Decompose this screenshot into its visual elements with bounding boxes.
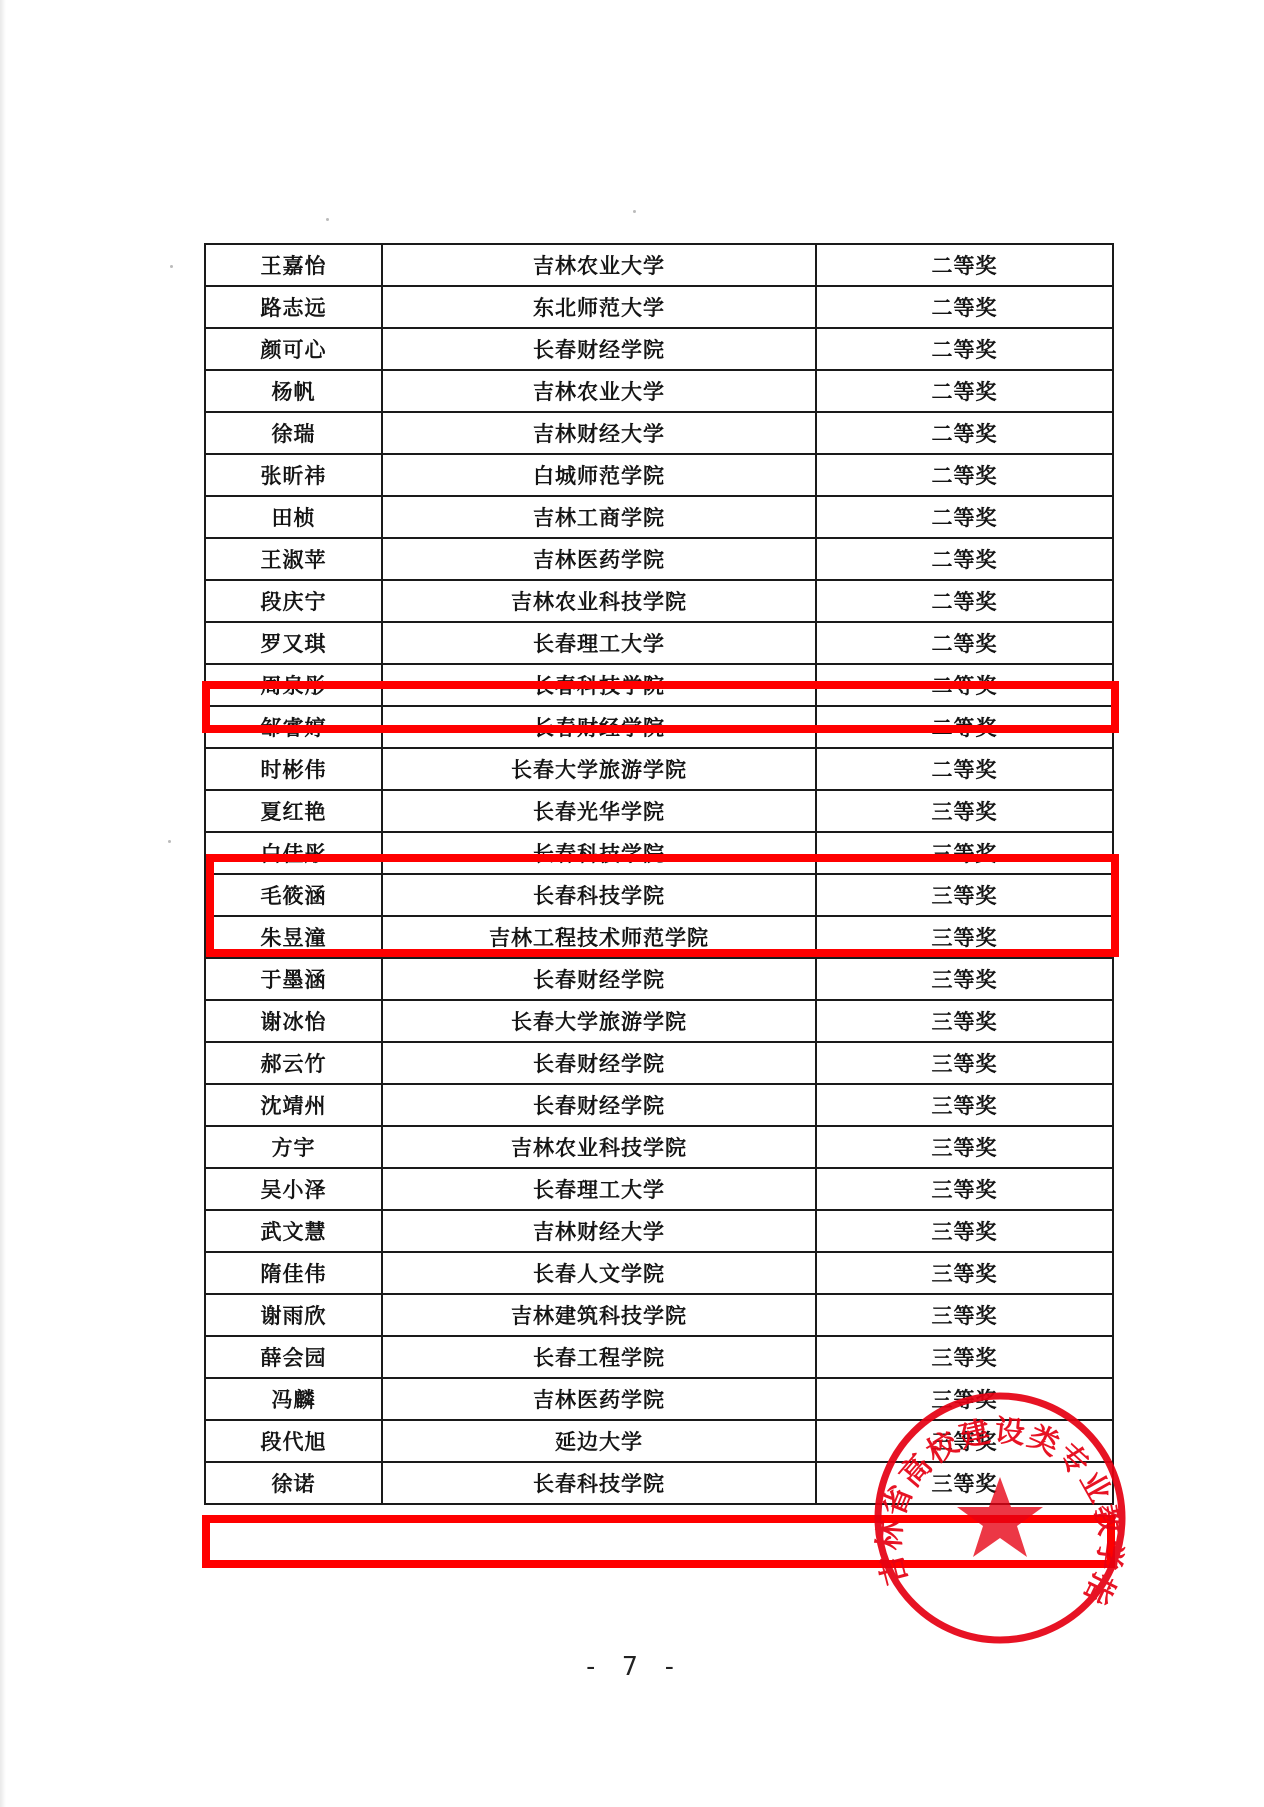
cell-name: 郝云竹 (205, 1042, 382, 1084)
cell-school: 长春光华学院 (382, 790, 816, 832)
cell-school: 长春财经学院 (382, 706, 816, 748)
cell-school: 吉林农业科技学院 (382, 580, 816, 622)
cell-award: 二等奖 (816, 454, 1113, 496)
cell-name: 毛筱涵 (205, 874, 382, 916)
cell-name: 隋佳伟 (205, 1252, 382, 1294)
cell-award: 二等奖 (816, 328, 1113, 370)
cell-school: 吉林农业大学 (382, 244, 816, 286)
cell-award: 三等奖 (816, 958, 1113, 1000)
cell-school: 长春大学旅游学院 (382, 1000, 816, 1042)
cell-name: 罗又琪 (205, 622, 382, 664)
highlight-box-xunuo (202, 1515, 1115, 1568)
cell-school: 吉林医药学院 (382, 1378, 816, 1420)
table-row: 时彬伟长春大学旅游学院二等奖 (205, 748, 1113, 790)
cell-name: 田桢 (205, 496, 382, 538)
cell-award: 三等奖 (816, 1126, 1113, 1168)
cell-name: 冯麟 (205, 1378, 382, 1420)
cell-name: 徐诺 (205, 1462, 382, 1504)
table-row: 于墨涵长春财经学院三等奖 (205, 958, 1113, 1000)
cell-school: 吉林建筑科技学院 (382, 1294, 816, 1336)
cell-name: 吴小泽 (205, 1168, 382, 1210)
cell-name: 杨帆 (205, 370, 382, 412)
page-edge-shadow (0, 0, 6, 1807)
cell-school: 长春大学旅游学院 (382, 748, 816, 790)
cell-name: 王淑苹 (205, 538, 382, 580)
cell-school: 长春财经学院 (382, 328, 816, 370)
cell-award: 三等奖 (816, 1042, 1113, 1084)
cell-school: 长春财经学院 (382, 1084, 816, 1126)
cell-name: 王嘉怡 (205, 244, 382, 286)
cell-school: 延边大学 (382, 1420, 816, 1462)
cell-name: 朱昱潼 (205, 916, 382, 958)
table-row: 段庆宁吉林农业科技学院二等奖 (205, 580, 1113, 622)
table-row: 罗又琪长春理工大学二等奖 (205, 622, 1113, 664)
award-list-body: 王嘉怡吉林农业大学二等奖路志远东北师范大学二等奖颜可心长春财经学院二等奖杨帆吉林… (205, 244, 1113, 1504)
cell-name: 徐瑞 (205, 412, 382, 454)
table-row: 徐瑞吉林财经大学二等奖 (205, 412, 1113, 454)
table-row: 谢雨欣吉林建筑科技学院三等奖 (205, 1294, 1113, 1336)
cell-award: 三等奖 (816, 1168, 1113, 1210)
scan-speck (168, 840, 171, 843)
cell-name: 段庆宁 (205, 580, 382, 622)
cell-name: 谢雨欣 (205, 1294, 382, 1336)
cell-award: 三等奖 (816, 1210, 1113, 1252)
page-number: - 7 - (0, 1652, 1264, 1682)
table-row: 王淑苹吉林医药学院二等奖 (205, 538, 1113, 580)
table-row: 武文慧吉林财经大学三等奖 (205, 1210, 1113, 1252)
cell-award: 三等奖 (816, 832, 1113, 874)
cell-school: 长春科技学院 (382, 664, 816, 706)
table-row: 沈靖州长春财经学院三等奖 (205, 1084, 1113, 1126)
cell-name: 方宇 (205, 1126, 382, 1168)
cell-school: 长春工程学院 (382, 1336, 816, 1378)
cell-school: 长春科技学院 (382, 1462, 816, 1504)
cell-award: 三等奖 (816, 1294, 1113, 1336)
table-row: 吴小泽长春理工大学三等奖 (205, 1168, 1113, 1210)
cell-award: 二等奖 (816, 664, 1113, 706)
cell-school: 长春财经学院 (382, 958, 816, 1000)
cell-name: 路志远 (205, 286, 382, 328)
cell-school: 长春理工大学 (382, 622, 816, 664)
table-row: 张昕祎白城师范学院二等奖 (205, 454, 1113, 496)
cell-award: 三等奖 (816, 1000, 1113, 1042)
table-row: 夏红艳长春光华学院三等奖 (205, 790, 1113, 832)
cell-school: 长春人文学院 (382, 1252, 816, 1294)
cell-award: 三等奖 (816, 916, 1113, 958)
table-row: 段代旭延边大学三等奖 (205, 1420, 1113, 1462)
table-row: 徐诺长春科技学院三等奖 (205, 1462, 1113, 1504)
table-row: 毛筱涵长春科技学院三等奖 (205, 874, 1113, 916)
cell-name: 白佳彤 (205, 832, 382, 874)
scan-speck (633, 210, 636, 213)
cell-school: 吉林医药学院 (382, 538, 816, 580)
cell-name: 沈靖州 (205, 1084, 382, 1126)
table-row: 朱昱潼吉林工程技术师范学院三等奖 (205, 916, 1113, 958)
cell-school: 吉林农业大学 (382, 370, 816, 412)
cell-name: 颜可心 (205, 328, 382, 370)
cell-school: 白城师范学院 (382, 454, 816, 496)
cell-award: 二等奖 (816, 370, 1113, 412)
cell-school: 吉林财经大学 (382, 412, 816, 454)
cell-school: 吉林农业科技学院 (382, 1126, 816, 1168)
cell-award: 二等奖 (816, 622, 1113, 664)
cell-award: 二等奖 (816, 286, 1113, 328)
cell-award: 三等奖 (816, 874, 1113, 916)
cell-award: 三等奖 (816, 1462, 1113, 1504)
table-row: 隋佳伟长春人文学院三等奖 (205, 1252, 1113, 1294)
table-row: 谢冰怡长春大学旅游学院三等奖 (205, 1000, 1113, 1042)
table-row: 方宇吉林农业科技学院三等奖 (205, 1126, 1113, 1168)
cell-name: 段代旭 (205, 1420, 382, 1462)
table-row: 王嘉怡吉林农业大学二等奖 (205, 244, 1113, 286)
cell-school: 长春理工大学 (382, 1168, 816, 1210)
cell-award: 二等奖 (816, 244, 1113, 286)
cell-award: 三等奖 (816, 1252, 1113, 1294)
cell-award: 二等奖 (816, 748, 1113, 790)
table-row: 郝云竹长春财经学院三等奖 (205, 1042, 1113, 1084)
cell-school: 吉林财经大学 (382, 1210, 816, 1252)
cell-name: 薛会园 (205, 1336, 382, 1378)
cell-name: 于墨涵 (205, 958, 382, 1000)
cell-award: 三等奖 (816, 1336, 1113, 1378)
cell-award: 二等奖 (816, 580, 1113, 622)
table-row: 邹睿婷长春财经学院二等奖 (205, 706, 1113, 748)
table-row: 路志远东北师范大学二等奖 (205, 286, 1113, 328)
table-row: 周泉彤长春科技学院二等奖 (205, 664, 1113, 706)
cell-school: 吉林工商学院 (382, 496, 816, 538)
table-row: 颜可心长春财经学院二等奖 (205, 328, 1113, 370)
cell-name: 武文慧 (205, 1210, 382, 1252)
cell-school: 东北师范大学 (382, 286, 816, 328)
cell-award: 三等奖 (816, 790, 1113, 832)
cell-award: 二等奖 (816, 538, 1113, 580)
cell-name: 谢冰怡 (205, 1000, 382, 1042)
table-row: 冯麟吉林医药学院三等奖 (205, 1378, 1113, 1420)
table-row: 白佳彤长春科技学院三等奖 (205, 832, 1113, 874)
award-list-table: 王嘉怡吉林农业大学二等奖路志远东北师范大学二等奖颜可心长春财经学院二等奖杨帆吉林… (204, 243, 1114, 1505)
scan-speck (326, 218, 329, 221)
table-row: 田桢吉林工商学院二等奖 (205, 496, 1113, 538)
cell-school: 长春财经学院 (382, 1042, 816, 1084)
cell-award: 三等奖 (816, 1420, 1113, 1462)
cell-name: 夏红艳 (205, 790, 382, 832)
cell-name: 邹睿婷 (205, 706, 382, 748)
cell-award: 三等奖 (816, 1378, 1113, 1420)
cell-school: 吉林工程技术师范学院 (382, 916, 816, 958)
cell-award: 二等奖 (816, 496, 1113, 538)
cell-award: 二等奖 (816, 412, 1113, 454)
cell-name: 时彬伟 (205, 748, 382, 790)
cell-award: 三等奖 (816, 1084, 1113, 1126)
cell-award: 二等奖 (816, 706, 1113, 748)
cell-name: 周泉彤 (205, 664, 382, 706)
cell-school: 长春科技学院 (382, 832, 816, 874)
table-row: 杨帆吉林农业大学二等奖 (205, 370, 1113, 412)
cell-school: 长春科技学院 (382, 874, 816, 916)
table-row: 薛会园长春工程学院三等奖 (205, 1336, 1113, 1378)
scan-speck (170, 265, 173, 268)
cell-name: 张昕祎 (205, 454, 382, 496)
